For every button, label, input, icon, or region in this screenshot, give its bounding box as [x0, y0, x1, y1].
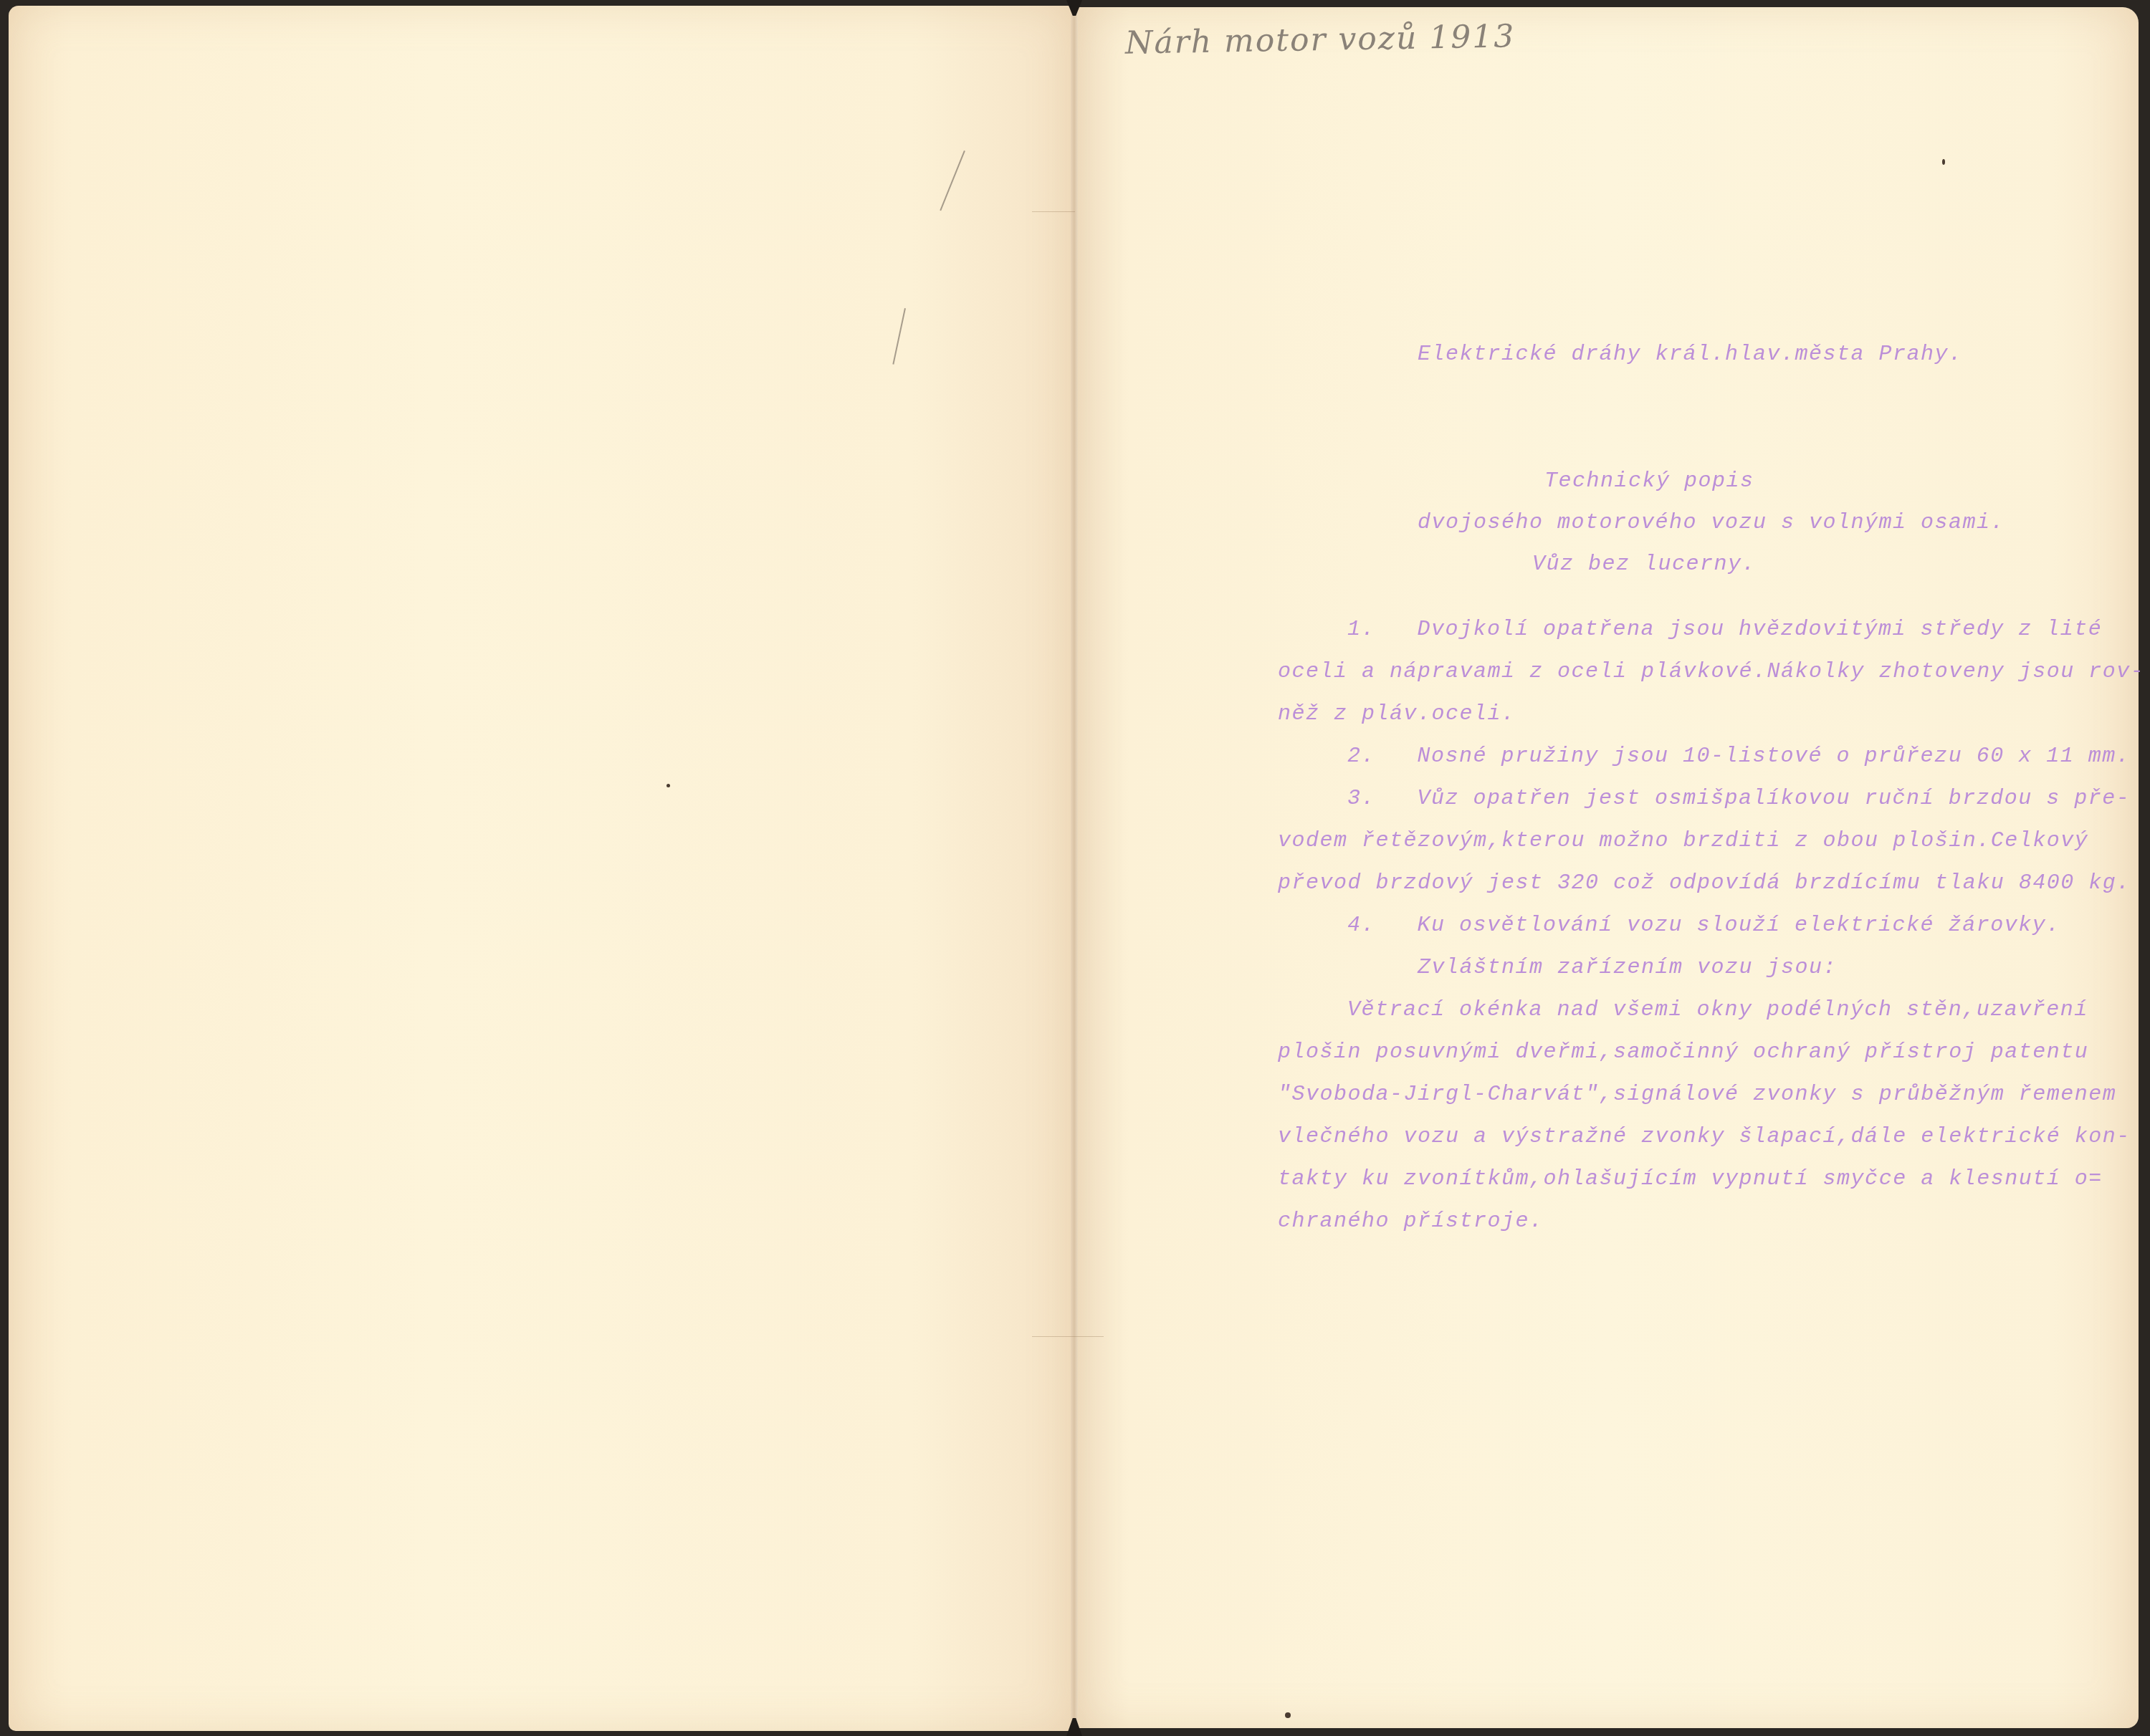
paragraph-line: "Svoboda-Jirgl-Charvát",signálové zvonky… — [1278, 1083, 2116, 1107]
document-header: Elektrické dráhy král.hlav.města Prahy. — [1418, 342, 1963, 367]
paragraph-line: převod brzdový jest 320 což odpovídá brz… — [1278, 871, 2131, 896]
paragraph-line: vlečného vozu a výstražné zvonky šlapací… — [1278, 1125, 2131, 1149]
left-page-blank — [9, 6, 1071, 1731]
page-gutter — [1071, 0, 1078, 1736]
paragraph-line: plošin posuvnými dveřmi,samočinný ochran… — [1278, 1040, 2088, 1065]
ink-speck — [1285, 1712, 1291, 1718]
book-spread: Nárh motor vozů 1913 Elektrické dráhy kr… — [0, 0, 2150, 1736]
paragraph-line: 3. Vůz opatřen jest osmišpalíkovou ruční… — [1347, 787, 2130, 811]
document-title: Technický popis — [1544, 469, 1754, 494]
paragraph-line: chraného přístroje. — [1278, 1209, 1544, 1234]
paper-crease — [1032, 1336, 1104, 1337]
paragraph-line: Větrací okénka nad všemi okny podélných … — [1347, 998, 2088, 1022]
paragraph-line: 4. Ku osvětlování vozu slouží elektrické… — [1347, 913, 2060, 938]
handwritten-note: Nárh motor vozů 1913 — [1125, 18, 1516, 61]
paper-crease — [1032, 211, 1075, 212]
paragraph-line: Zvláštním zařízením vozu jsou: — [1418, 956, 1837, 980]
ink-speck — [666, 784, 670, 787]
ink-speck — [1942, 159, 1945, 165]
paragraph-line: vodem řetězovým,kterou možno brzditi z o… — [1278, 829, 2088, 853]
document-subtitle: dvojosého motorového vozu s volnými osam… — [1418, 511, 2005, 535]
paragraph-line: něž z pláv.oceli. — [1278, 702, 1516, 726]
document-subtitle-note: Vůz bez lucerny. — [1532, 552, 1756, 577]
paragraph-line: oceli a nápravami z oceli plávkové.Nákol… — [1278, 660, 2144, 684]
paragraph-line: 2. Nosné pružiny jsou 10-listové o průře… — [1347, 744, 2130, 769]
right-page — [1076, 7, 2139, 1728]
paragraph-line: takty ku zvonítkům,ohlašujícím vypnutí s… — [1278, 1167, 2103, 1191]
paragraph-line: 1. Dvojkolí opatřena jsou hvězdovitými s… — [1347, 618, 2102, 642]
